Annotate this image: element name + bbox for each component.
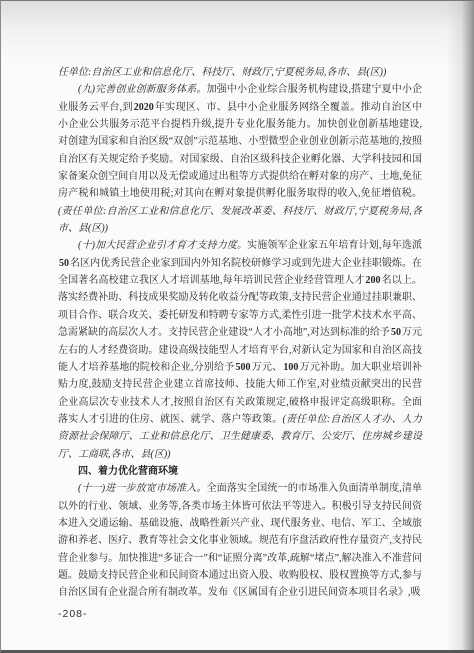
text-segment-kai: (责任单位:自治区工业和信息化厅、发展改革委、科技厅、财政厅,宁夏税务局,各市、… [58, 206, 422, 234]
scan-shadow-top [1, 1, 474, 67]
text-segment-kai: 任单位:自治区工业和信息化厅、科技厅、财政厅,宁夏税务局,各市、县(区)) [58, 67, 386, 78]
text-segment-song: 实施领军企业家五年培育计划,每年选派50名区内优秀民营企业家到国内外知名院校研修… [58, 240, 422, 424]
para-clause-11: (十一)进一步放宽市场准入。全面落实全国统一的市场准入负面清单制度,清单以外的行… [58, 480, 422, 601]
document-page: 任单位:自治区工业和信息化厅、科技厅、财政厅,宁夏税务局,各市、县(区))(九)… [0, 0, 474, 653]
section-header-4: 四、着力优化营商环境 [58, 463, 422, 480]
text-segment-kai: (十)加大民营企业引才育才支持力度。 [78, 240, 247, 251]
text-segment-kai: (十一)进一步放宽市场准入。 [78, 483, 207, 494]
text-segment-hdr: 四、着力优化营商环境 [78, 466, 178, 477]
page-number: -208- [58, 608, 88, 620]
scan-shadow-right [446, 1, 474, 650]
text-segment-song: 全面落实全国统一的市场准入负面清单制度,清单以外的行业、领域、业务等,各类市场主… [58, 483, 422, 598]
text-segment-song: 加强中小企业综合服务机构建设,搭建宁夏中小企业服务云平台,到2020年实现区、市… [58, 84, 422, 199]
para-clause-10: (十)加大民营企业引才育才支持力度。实施领军企业家五年培育计划,每年选派50名区… [58, 237, 422, 462]
page-body: 任单位:自治区工业和信息化厅、科技厅、财政厅,宁夏税务局,各市、县(区))(九)… [58, 64, 422, 602]
para-responsibility-continuation: 任单位:自治区工业和信息化厅、科技厅、财政厅,宁夏税务局,各市、县(区)) [58, 64, 422, 81]
para-clause-9: (九)完善创业创新服务体系。加强中小企业综合服务机构建设,搭建宁夏中小企业服务云… [58, 81, 422, 237]
text-segment-kai: (九)完善创业创新服务体系。 [78, 84, 207, 95]
